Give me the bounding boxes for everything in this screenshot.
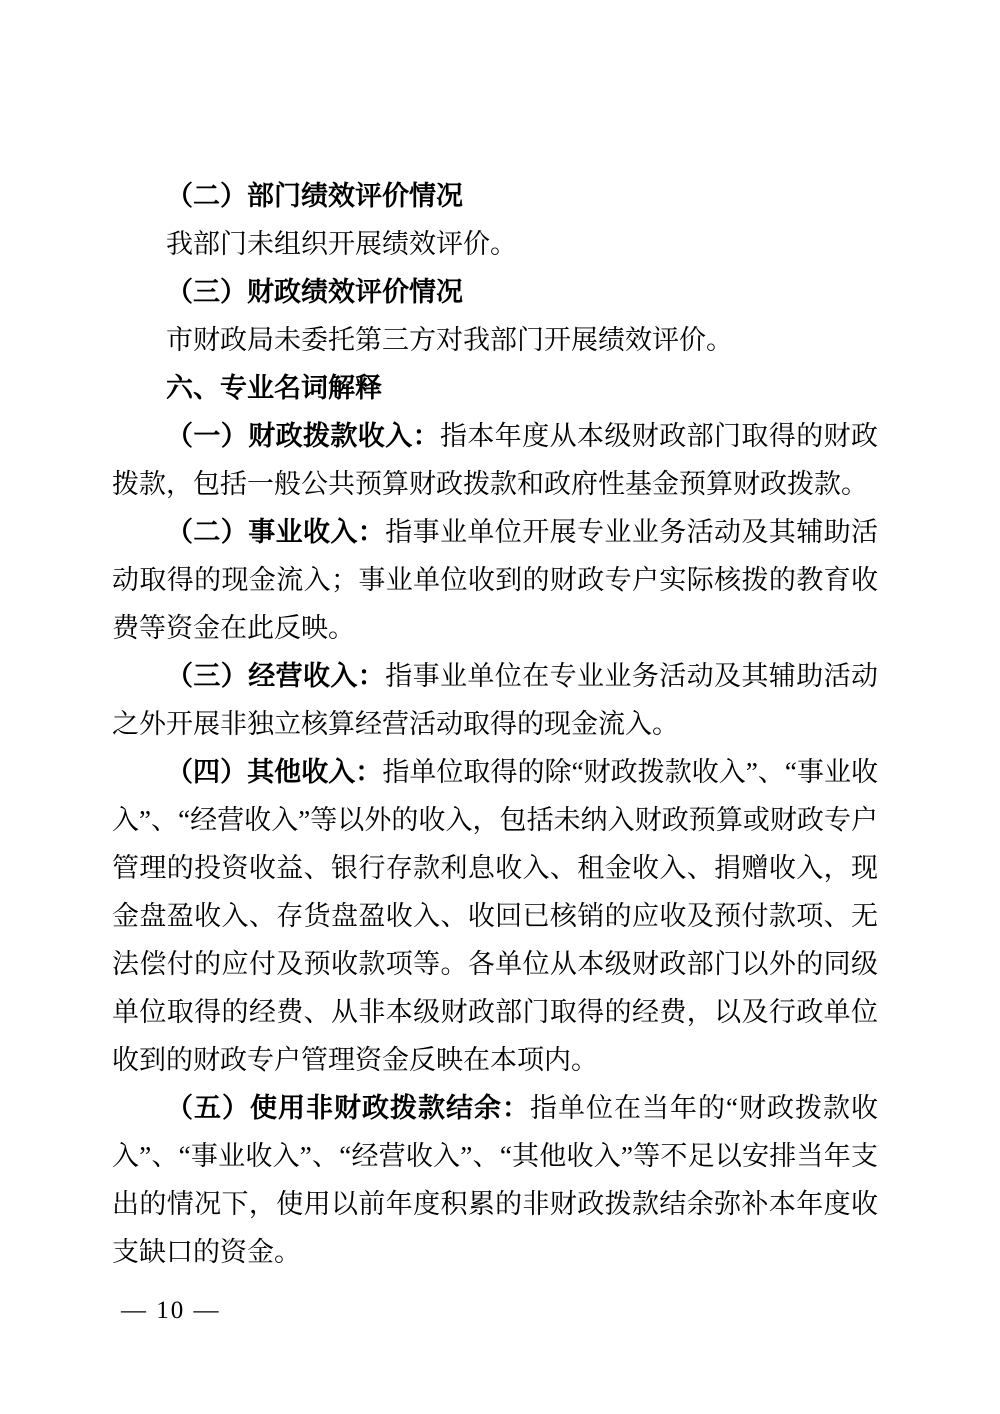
term-lead-fiscal-appropriation-income: （一）财政拨款收入： <box>166 421 440 451</box>
term-para-fiscal-appropriation-income: （一）财政拨款收入：指本年度从本级财政部门取得的财政拨款，包括一般公共预算财政拨… <box>112 412 878 508</box>
term-lead-non-fiscal-carryover: （五）使用非财政拨款结余： <box>166 1093 530 1123</box>
term-lead-operating-income: （三）经营收入： <box>166 661 385 691</box>
para-dept-performance-evaluation: 我部门未组织开展绩效评价。 <box>112 220 878 268</box>
document-page: （二）部门绩效评价情况 我部门未组织开展绩效评价。 （三）财政绩效评价情况 市财… <box>0 0 1000 1414</box>
term-para-operating-income: （三）经营收入：指事业单位在专业业务活动及其辅助活动之外开展非独立核算经营活动取… <box>112 652 878 748</box>
para-finance-performance-evaluation: 市财政局未委托第三方对我部门开展绩效评价。 <box>112 316 878 364</box>
page-number: — 10 — <box>121 1295 221 1327</box>
term-para-institutional-income: （二）事业收入：指事业单位开展专业业务活动及其辅助活动取得的现金流入；事业单位收… <box>112 508 878 652</box>
term-lead-institutional-income: （二）事业收入： <box>166 517 385 547</box>
term-para-non-fiscal-carryover: （五）使用非财政拨款结余：指单位在当年的“财政拨款收入”、“事业收入”、“经营收… <box>112 1084 878 1276</box>
term-text-other-income: 指单位取得的除“财政拨款收入”、“事业收入”、“经营收入”等以外的收入，包括未纳… <box>112 757 878 1075</box>
heading-terminology-section: 六、专业名词解释 <box>112 364 878 412</box>
heading-dept-performance-evaluation: （二）部门绩效评价情况 <box>112 172 878 220</box>
term-lead-other-income: （四）其他收入： <box>166 757 382 787</box>
document-body: （二）部门绩效评价情况 我部门未组织开展绩效评价。 （三）财政绩效评价情况 市财… <box>112 172 878 1276</box>
term-para-other-income: （四）其他收入：指单位取得的除“财政拨款收入”、“事业收入”、“经营收入”等以外… <box>112 748 878 1084</box>
heading-finance-performance-evaluation: （三）财政绩效评价情况 <box>112 268 878 316</box>
